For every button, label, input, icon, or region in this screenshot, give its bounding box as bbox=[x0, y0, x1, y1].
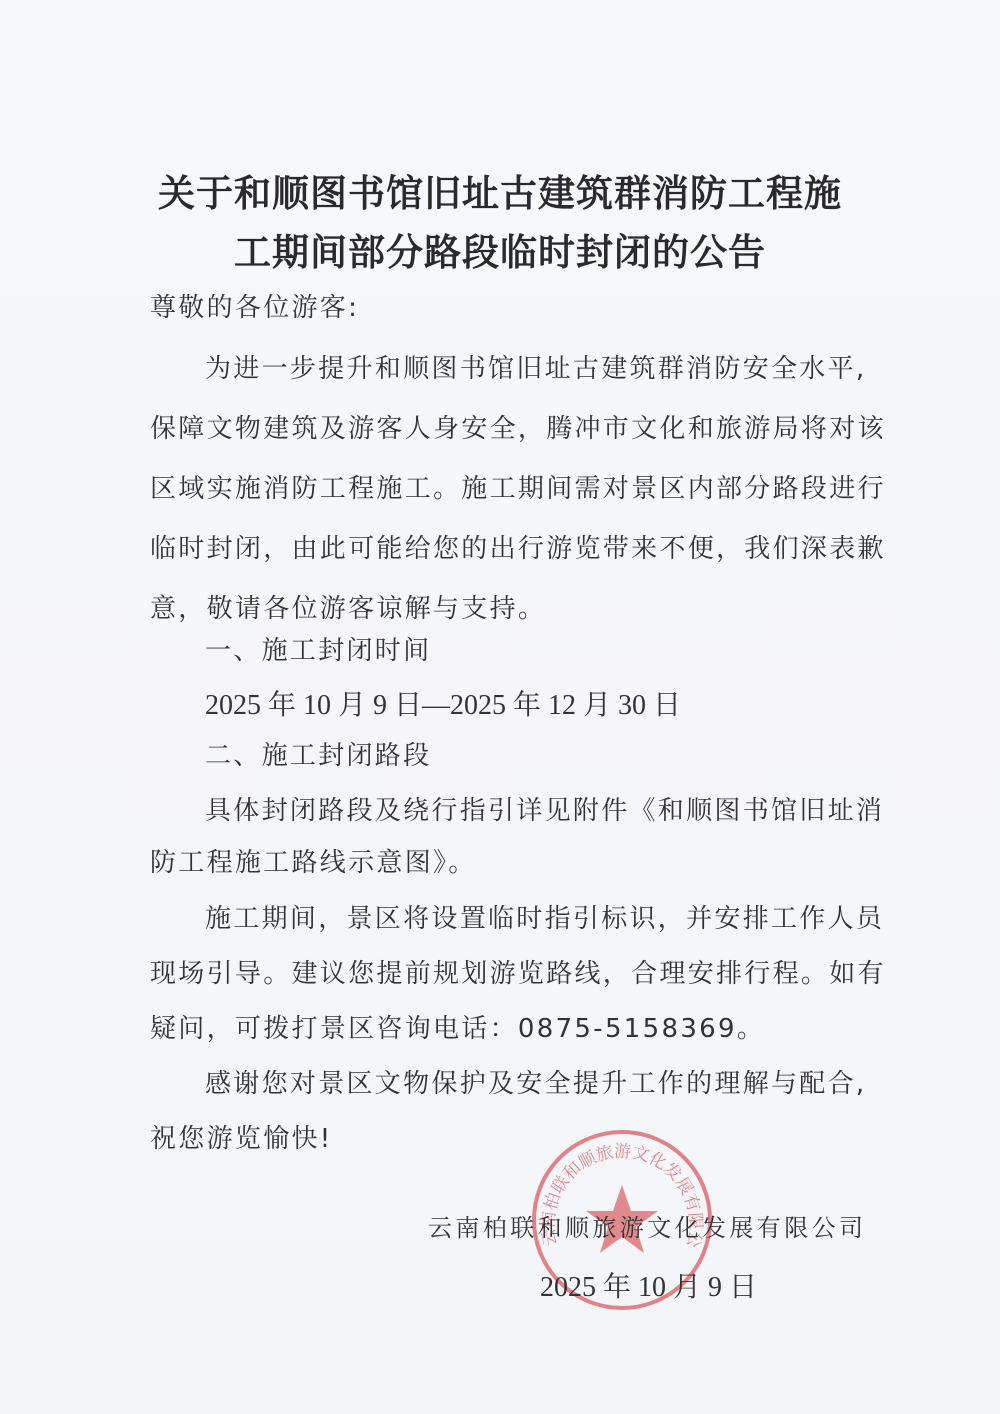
paragraph-4-line-1: 感谢您对景区文物保护及安全提升工作的理解与配合, bbox=[205, 1063, 866, 1100]
paragraph-3-line-3: 疑问，可拨打景区咨询电话：0875-5158369。 bbox=[150, 1008, 765, 1045]
paragraph-4-line-2: 祝您游览愉快! bbox=[150, 1118, 333, 1155]
issue-date-value: 2025 年 10 月 9 日 bbox=[540, 1272, 757, 1303]
issue-date: 2025 年 10 月 9 日 bbox=[540, 1265, 757, 1305]
paragraph-3-line-2: 现场引导。建议您提前规划游览路线，合理安排行程。如有 bbox=[150, 953, 886, 990]
paragraph-3-line-1: 施工期间，景区将设置临时指引标识，并安排工作人员 bbox=[205, 898, 884, 935]
document-title-line-2: 工期间部分路段临时封闭的公告 bbox=[0, 222, 1000, 276]
section-1-heading: 一、施工封闭时间 bbox=[205, 630, 431, 667]
paragraph-1-line-1: 为进一步提升和顺图书馆旧址古建筑群消防安全水平, bbox=[205, 348, 866, 385]
closure-period-value: 2025 年 10 月 9 日—2025 年 12 月 30 日 bbox=[205, 690, 681, 721]
document-page: 关于和顺图书馆旧址古建筑群消防工程施 工期间部分路段临时封闭的公告 尊敬的各位游… bbox=[0, 0, 1000, 1414]
document-title-line-1: 关于和顺图书馆旧址古建筑群消防工程施 bbox=[0, 163, 1000, 217]
section-2-heading: 二、施工封闭路段 bbox=[205, 735, 431, 772]
paragraph-2-line-1: 具体封闭路段及绕行指引详见附件《和顺图书馆旧址消 bbox=[205, 790, 884, 827]
paragraph-1-line-2: 保障文物建筑及游客人身安全，腾冲市文化和旅游局将对该 bbox=[150, 408, 886, 445]
issuer-company: 云南柏联和顺旅游文化发展有限公司 bbox=[428, 1208, 866, 1243]
salutation: 尊敬的各位游客: bbox=[150, 287, 359, 324]
closure-period: 2025 年 10 月 9 日—2025 年 12 月 30 日 bbox=[205, 683, 681, 723]
paragraph-1-line-5: 意，敬请各位游客谅解与支持。 bbox=[150, 588, 546, 625]
paragraph-1-line-3: 区域实施消防工程施工。施工期间需对景区内部分路段进行 bbox=[150, 468, 886, 505]
paragraph-1-line-4: 临时封闭，由此可能给您的出行游览带来不便，我们深表歉 bbox=[150, 528, 886, 565]
paragraph-2-line-2: 防工程施工路线示意图》。 bbox=[150, 842, 477, 879]
